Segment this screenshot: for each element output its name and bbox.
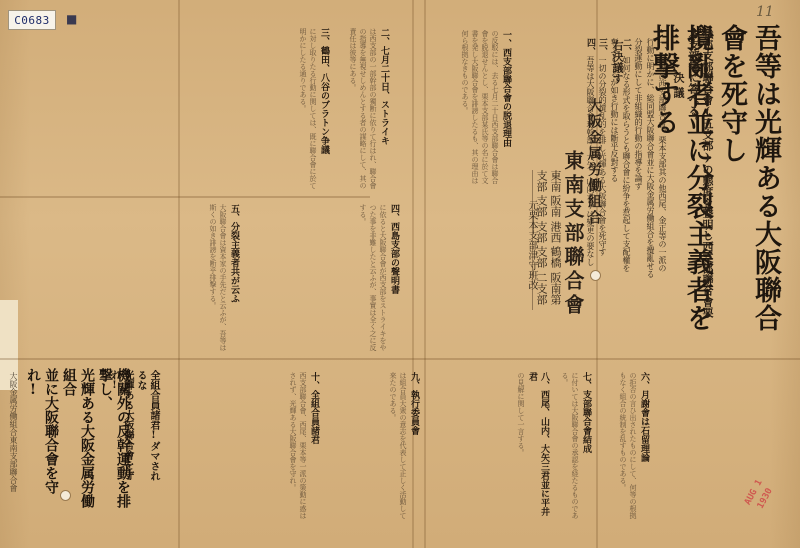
article-section: 五、分裂主義者共が云ふ 大阪聯合會は資本家の手先だと云ふが、吾等は斯くの如き誹謗…	[180, 204, 240, 354]
branch-member: 東南支部	[532, 170, 562, 195]
archive-id-label: C0683	[8, 10, 56, 30]
signature-note: 元栗本支部津守班改	[525, 200, 538, 350]
resolution-item: 一、吾等は西支部聯合會、栗本支部其の他西尾、金正等の一派の行動に明かに、総同盟大…	[632, 38, 668, 278]
section-rule	[0, 196, 370, 198]
resolution-intro: 我が支部聯合會(五支部)の態度を聲明し西支部聯合會栗本支部等に答へる。	[686, 28, 714, 328]
article-section: 七、支部聯合會結成 に付いては大阪聯合會の承認を経たるものである。	[552, 372, 592, 522]
ink-mark: ■	[66, 12, 77, 26]
article-section: 八、西尾、山内、大矢三君並に平井君 の見解に関して一言する。	[510, 372, 550, 522]
headline-line-1: 吾等は光輝ある大阪聯合會を死守し	[714, 24, 782, 344]
article-section: 一、西支部聯合會の脱退理由 の反駁には、去る七月二十日西支部聯合會は聯合會を脱退…	[412, 30, 512, 190]
article-section: 六、月謝會は石留理論 の拒否の言ひ出されたものにして、何等の根拠もなく組合の統制…	[590, 372, 650, 522]
article-section: 十、全組合員諸君 西支部聯合會、西尾、栗本等一派の策動に惑はされず、光輝ある大阪…	[230, 372, 320, 522]
resolution-label: 決議	[670, 72, 686, 102]
page-fold	[0, 358, 800, 360]
issuer-line: 大阪金属労働組合東南支部聯合會	[8, 372, 18, 512]
page-mark: 11	[756, 4, 774, 20]
branch-name: 東南支部聯合會	[559, 150, 588, 318]
resolution-closing: 右決議す	[610, 40, 624, 84]
article-section: 二、七月二十日、ストライキ は西支部の一部幹部の獨断に依りて行はれ、聯合會の指導…	[330, 28, 390, 190]
article-section: 九、執行委員會 は組合員大衆の意志を代表して正しく活動して来たのである。	[340, 372, 420, 522]
slogan-bottom: 機關外の反幹運動を排撃し、 光輝ある大阪金属労働組合 並に大阪聯合會を守れ!	[24, 368, 132, 518]
article-section: 三、鶴田、八谷のブラトン争議 に対し取りたる行動に関しては、既に聯合會に於て明か…	[290, 28, 330, 190]
article-section: 四、西島支部の聲明書 に依ると大阪聯合會が西支部をストライキをやつた事を非難した…	[320, 204, 400, 354]
